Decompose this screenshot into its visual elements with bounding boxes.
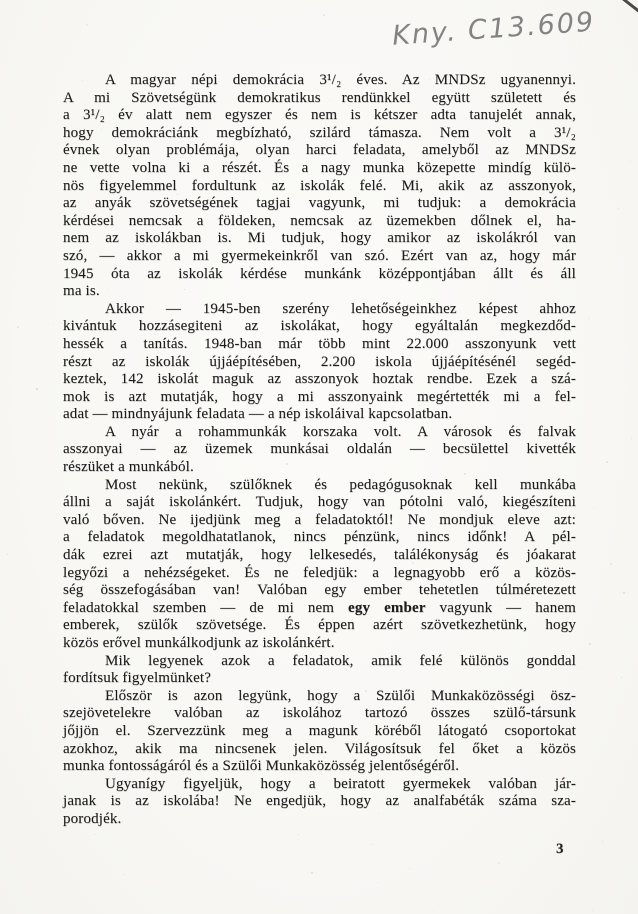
text-segment: vagyunk — hanem (426, 600, 576, 616)
text-line: A mi Szövetségünk demokratikus rendünkke… (63, 90, 576, 108)
paper-speck (283, 44, 284, 45)
emphasized-text: egy ember (348, 600, 426, 616)
text-line: kérdései nemcsak a földeken, nemcsak az … (63, 213, 576, 231)
text-line: hessék a tanítás. 1948-ban már több mint… (63, 336, 576, 354)
paper-speck (498, 862, 500, 864)
text-line: ne vette volna ki a részét. És a nagy mu… (63, 160, 576, 178)
text-line: szejövetelekre valóban az iskolához tart… (63, 705, 576, 723)
text-line: ség összefogásában van! Valóban egy embe… (63, 582, 576, 600)
text-line: A nyár a rohammunkák korszaka volt. A vá… (63, 424, 576, 442)
text-line: nös figyelemmel fordultunk az iskolák fe… (63, 178, 576, 196)
text-line: adat — mindnyájunk feladata — a nép isko… (63, 406, 576, 424)
paper-speck (298, 834, 299, 835)
text-line: részt az iskolák újjáépítésében, 2.200 i… (63, 354, 576, 372)
paragraph: A magyar népi demokrácia 3¹/₂ éves. Az M… (63, 72, 576, 301)
text-line: janak is az iskolába! Ne engedjük, hogy … (63, 793, 576, 811)
text-line: emberek, szülők szövetsége. És éppen azé… (63, 617, 576, 635)
paper-speck (634, 690, 635, 691)
text-line: hogy demokráciánk megbízható, szilárd tá… (63, 125, 576, 143)
paper-speck (621, 677, 622, 678)
paper-speck (634, 319, 635, 320)
paper-speck (123, 874, 124, 875)
text-line: ma is. (63, 283, 576, 301)
paper-speck (53, 323, 54, 324)
text-line: részüket a munkából. (63, 459, 576, 477)
text-line: az anyák szövetségének tagjai vagyunk, m… (63, 195, 576, 213)
paragraph: Mik legyenek azok a feladatok, amik felé… (63, 653, 576, 688)
text-line: legyőzi a nehézségeket. És ne feledjük: … (63, 565, 576, 583)
paper-speck (28, 715, 29, 716)
paper-speck (593, 508, 594, 509)
paper-speck (579, 41, 580, 42)
text-line: évnek olyan problémája, olyan harci fela… (63, 142, 576, 160)
text-line: kivántuk hozzásegiteni az iskolákat, hog… (63, 318, 576, 336)
text-line: jőjjön el. Szervezzünk meg a magunk köré… (63, 723, 576, 741)
paper-speck (631, 438, 632, 439)
text-line: Ugyanígy figyeljük, hogy a beiratott gye… (63, 776, 576, 794)
paper-speck (618, 208, 619, 209)
paper-speck (588, 318, 589, 319)
paragraph: Akkor — 1945-ben szerény lehetőségeinkhe… (63, 301, 576, 424)
text-line: Mik legyenek azok a feladatok, amik felé… (63, 653, 576, 671)
paper-speck (86, 24, 88, 26)
paper-speck (633, 769, 634, 770)
paper-speck (630, 161, 631, 162)
paper-speck (53, 174, 54, 175)
paper-speck (372, 844, 373, 845)
paragraph: Először is azon legyünk, hogy a Szülői M… (63, 688, 576, 776)
paper-speck (581, 667, 582, 668)
text-segment: feladatokkal szemben — de mi nem (63, 600, 348, 616)
paper-speck (7, 554, 8, 555)
text-line: porodjék. (63, 811, 576, 829)
text-line: Először is azon legyünk, hogy a Szülői M… (63, 688, 576, 706)
paper-speck (625, 373, 626, 374)
paper-speck (623, 592, 625, 594)
handwritten-catalog-number: Kny. C13.609 (391, 3, 638, 51)
paper-speck (592, 910, 593, 911)
text-line: munka fontosságáról és a Szülői Munkaköz… (63, 758, 576, 776)
paragraph: Ugyanígy figyeljük, hogy a beiratott gye… (63, 776, 576, 829)
text-line: fordítsuk figyelmünket? (63, 670, 576, 688)
text-line: keztek, 142 iskolát maguk az asszonyok h… (63, 371, 576, 389)
body-text: A magyar népi demokrácia 3¹/₂ éves. Az M… (63, 72, 576, 829)
paragraph: A nyár a rohammunkák korszaka volt. A vá… (63, 424, 576, 477)
text-line: szó, — akkor a mi gyermekeinkről van szó… (63, 248, 576, 266)
text-line: közös erővel munkálkodjunk az iskolánkér… (63, 635, 576, 653)
text-line: azokhoz, akik ma nincsenek jelen. Világo… (63, 741, 576, 759)
text-line: asszonyai — az üzemek munkásai oldalán —… (63, 441, 576, 459)
scanned-page: Kny. C13.609 A magyar népi demokrácia 3¹… (0, 0, 638, 914)
text-line: mok is azt mutatják, hogy a mi asszonyai… (63, 389, 576, 407)
text-line: nem az iskolákban is. Mi tudjuk, hogy am… (63, 230, 576, 248)
text-line: a feladatok megoldhatatlanok, nincs pénz… (63, 529, 576, 547)
paper-speck (409, 868, 410, 869)
page-number: 3 (556, 841, 564, 858)
paper-speck (36, 388, 38, 390)
text-line: dák ezrei azt mutatják, hogy lelkesedés,… (63, 547, 576, 565)
paper-speck (311, 872, 313, 874)
text-line: Most nekünk, szülőknek és pedagógusoknak… (63, 477, 576, 495)
text-line: a 3¹/₂ év alatt nem egyszer és nem is ké… (63, 107, 576, 125)
paper-speck (610, 563, 612, 565)
paper-speck (49, 147, 50, 148)
paper-speck (602, 841, 603, 842)
text-line: 1945 óta az iskolák kérdése munkánk közé… (63, 266, 576, 284)
paper-speck (17, 326, 19, 328)
text-line: való bőven. Ne ijedjünk meg a feladatokt… (63, 512, 576, 530)
text-line: A magyar népi demokrácia 3¹/₂ éves. Az M… (63, 72, 576, 90)
paper-speck (606, 461, 608, 463)
paragraph: Most nekünk, szülőknek és pedagógusoknak… (63, 477, 576, 653)
paper-speck (377, 882, 378, 883)
text-line: állni a saját iskolánkért. Tudjuk, hogy … (63, 494, 576, 512)
paper-speck (589, 643, 591, 645)
paper-speck (94, 834, 95, 835)
text-line: feladatokkal szemben — de mi nem egy emb… (63, 600, 576, 618)
paper-speck (323, 14, 325, 16)
paper-speck (438, 905, 439, 906)
text-line: Akkor — 1945-ben szerény lehetőségeinkhe… (63, 301, 576, 319)
